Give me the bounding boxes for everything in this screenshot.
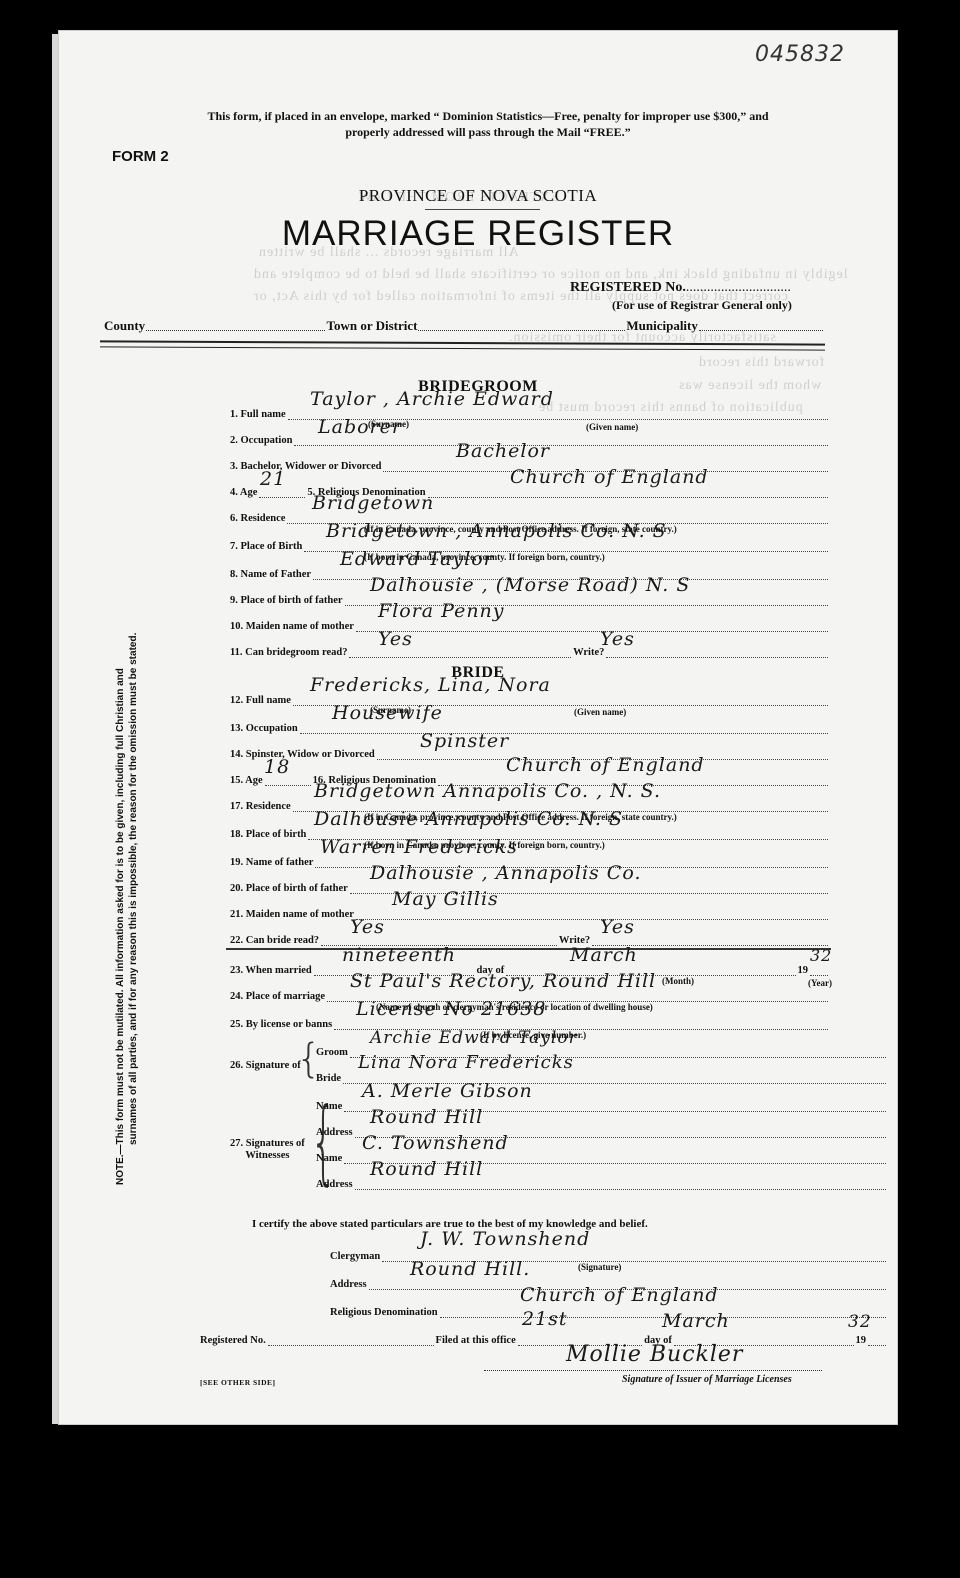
county-field[interactable] [146,318,325,331]
location-row: County Town or District Municipality [104,318,824,334]
signature-label: 26. Signature of [230,1060,301,1071]
divider [226,948,831,950]
groom-mother-maiden-name: 10. Maiden name of mother Flora Penny [230,612,830,632]
clergyman-denomination: Religious Denomination Church of England [330,1298,888,1318]
bride-mother-maiden-name: 21. Maiden name of mother May Gillis [230,900,830,920]
municipality-field[interactable] [699,318,823,331]
groom-father-birthplace: 9. Place of birth of father Dalhousie , … [230,586,830,606]
registered-number-note: (For use of Registrar General only) [612,298,792,313]
filing-row: Registered No. Filed at this office day … [200,1326,888,1346]
postal-notice: This form, if placed in an envelope, mar… [158,108,818,140]
bride-full-name: 12. Full name Fredericks, Lina, Nora (Su… [230,686,830,706]
registered-number-field: REGISTERED No...........................… [570,280,791,296]
divider [425,209,540,210]
marriage-register-page: EXTRACTS FROM THE LAW All marriage recor… [58,30,898,1425]
divider [100,340,825,350]
province-heading: PROVINCE OF NOVA SCOTIA [58,186,898,206]
groom-literacy: 11. Can bridegroom read? Write? Yes Yes [230,638,830,658]
margin-note: NOTE.—This form must not be mutilated. A… [114,545,140,1185]
bride-father-birthplace: 20. Place of birth of father Dalhousie ,… [230,874,830,894]
witnesses-label: 27. Signatures of Witnesses [230,1138,305,1162]
marriage-license: 25. By license or banns License No 21638… [230,1010,830,1030]
page-title: MARRIAGE REGISTER [58,214,898,254]
archive-number: 045832 [755,42,845,67]
form-number: FORM 2 [112,148,169,165]
issuer-signature-line [484,1370,822,1371]
town-field[interactable] [418,318,625,331]
issuer-label: Signature of Issuer of Marriage Licenses [622,1374,792,1385]
see-other-side: [SEE OTHER SIDE] [200,1378,276,1387]
bride-occupation: 13. Occupation Housewife [230,714,830,734]
groom-place-of-birth: 7. Place of Birth Bridgetown , Annapolis… [230,532,830,552]
witness-2-address: Address Round Hill [316,1170,888,1190]
issuer-signature[interactable]: Mollie Buckler [566,1342,743,1367]
bride-literacy: 22. Can bride read? Write? Yes Yes [230,926,830,946]
